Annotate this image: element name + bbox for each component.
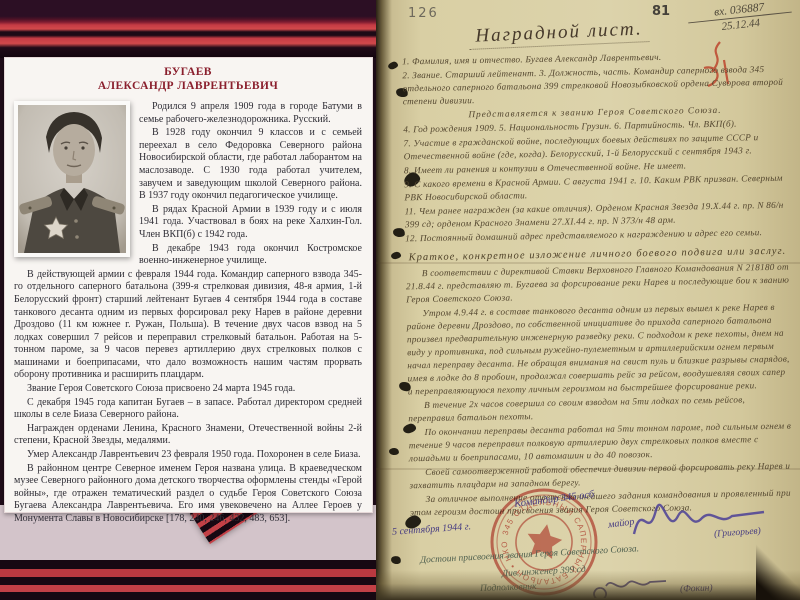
- citation-paragraph: В соответствии с директивой Ставки Верхо…: [406, 261, 791, 307]
- document-title: Наградной лист.: [434, 17, 685, 50]
- hero-surname: БУГАЕВ: [14, 65, 362, 79]
- portrait-photo-drawing: [18, 105, 126, 253]
- slide: БУГАЕВ АЛЕКСАНДР ЛАВРЕНТЬЕВИЧ: [0, 0, 800, 600]
- guards-ribbon-bottom: [0, 560, 376, 600]
- ink-blot: [387, 61, 399, 71]
- bio-paragraph: Звание Героя Советского Союза присвоено …: [14, 383, 362, 396]
- bio-paragraph: Умер Александр Лаврентьевич 23 февраля 1…: [14, 449, 362, 462]
- hero-name-title: БУГАЕВ АЛЕКСАНДР ЛАВРЕНТЬЕВИЧ: [14, 65, 362, 93]
- bio-paragraph: С декабря 1945 года капитан Бугаев – в з…: [14, 397, 362, 422]
- signature-date: 5 сентября 1944 г.: [392, 521, 472, 537]
- ink-blot: [390, 555, 402, 565]
- bio-paragraph: Награжден орденами Ленина, Красного Знам…: [14, 423, 362, 448]
- paper-bottom-shadow: [376, 570, 800, 600]
- paper-crease: [376, 468, 800, 470]
- ink-blot: [392, 227, 405, 238]
- form-line: 2. Звание. Старший лейтенант. 3. Должнос…: [402, 63, 787, 109]
- hero-firstname-patronymic: АЛЕКСАНДР ЛАВРЕНТЬЕВИЧ: [14, 79, 362, 93]
- citation-paragraph: Утром 4.9.44 г. в составе танкового деса…: [406, 301, 792, 399]
- paper-corner-shadow: [756, 542, 800, 600]
- form-and-citation-text: 1. Фамилия, имя и отчество. Бугаев Алекс…: [402, 49, 794, 521]
- ink-blot: [389, 448, 400, 456]
- incoming-registration: вх. 036887 25.12.44: [687, 0, 793, 36]
- biography-card: БУГАЕВ АЛЕКСАНДР ЛАВРЕНТЬЕВИЧ: [4, 57, 373, 513]
- biography-text: Родился 9 апреля 1909 года в городе Бату…: [14, 101, 362, 526]
- ink-blot: [390, 251, 401, 260]
- bio-paragraph: В действующей армии с февраля 1944 года.…: [14, 269, 362, 382]
- paper-crease: [376, 262, 800, 264]
- portrait-photo: [14, 101, 130, 257]
- page-number-left: 126: [408, 6, 439, 21]
- bio-paragraph: В районном центре Северное именем Героя …: [14, 463, 362, 526]
- guards-ribbon-top: [0, 0, 376, 58]
- citation-paragraph: По окончании переправы десанта работал н…: [408, 420, 793, 466]
- commander-signature: [628, 492, 768, 548]
- award-sheet-scan: 126 81 вх. 036887 25.12.44 Наградной лис…: [376, 0, 800, 600]
